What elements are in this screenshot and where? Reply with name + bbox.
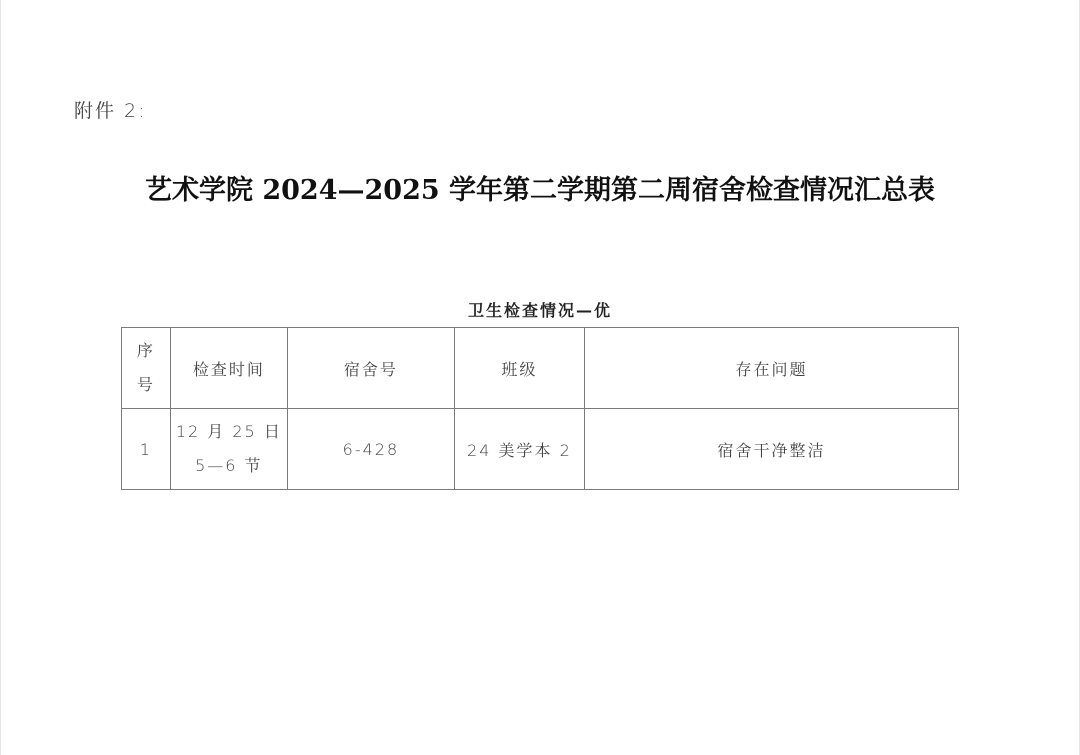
header-seq-line-2: 号 bbox=[122, 368, 170, 402]
cell-time-period: 5—6 节 bbox=[171, 449, 287, 483]
cell-issues: 宿舍干净整洁 bbox=[584, 409, 958, 490]
table-row: 1 12 月 25 日 5—6 节 6-428 24 美学本 2 宿舍干净整洁 bbox=[122, 409, 959, 490]
attachment-label: 附件 2: bbox=[74, 96, 147, 123]
dorm-inspection-table: 序 号 检查时间 宿舍号 班级 存在问题 1 12 月 25 日 5—6 节 6… bbox=[121, 327, 959, 490]
table-header-row: 序 号 检查时间 宿舍号 班级 存在问题 bbox=[122, 328, 959, 409]
header-inspection-time: 检查时间 bbox=[170, 328, 287, 409]
header-issues: 存在问题 bbox=[584, 328, 958, 409]
header-seq: 序 号 bbox=[122, 328, 171, 409]
header-dorm-number: 宿舍号 bbox=[287, 328, 454, 409]
cell-time-date: 12 月 25 日 bbox=[171, 415, 287, 449]
cell-class: 24 美学本 2 bbox=[454, 409, 584, 490]
header-class: 班级 bbox=[454, 328, 584, 409]
cell-seq: 1 bbox=[122, 409, 171, 490]
cell-inspection-time: 12 月 25 日 5—6 节 bbox=[170, 409, 287, 490]
page-edge-left bbox=[0, 0, 1, 755]
section-caption: 卫生检查情况—优 bbox=[0, 298, 1080, 321]
header-seq-line-1: 序 bbox=[122, 334, 170, 368]
document-title: 艺术学院 2024—2025 学年第二学期第二周宿舍检查情况汇总表 bbox=[0, 168, 1080, 207]
cell-dorm-number: 6-428 bbox=[287, 409, 454, 490]
